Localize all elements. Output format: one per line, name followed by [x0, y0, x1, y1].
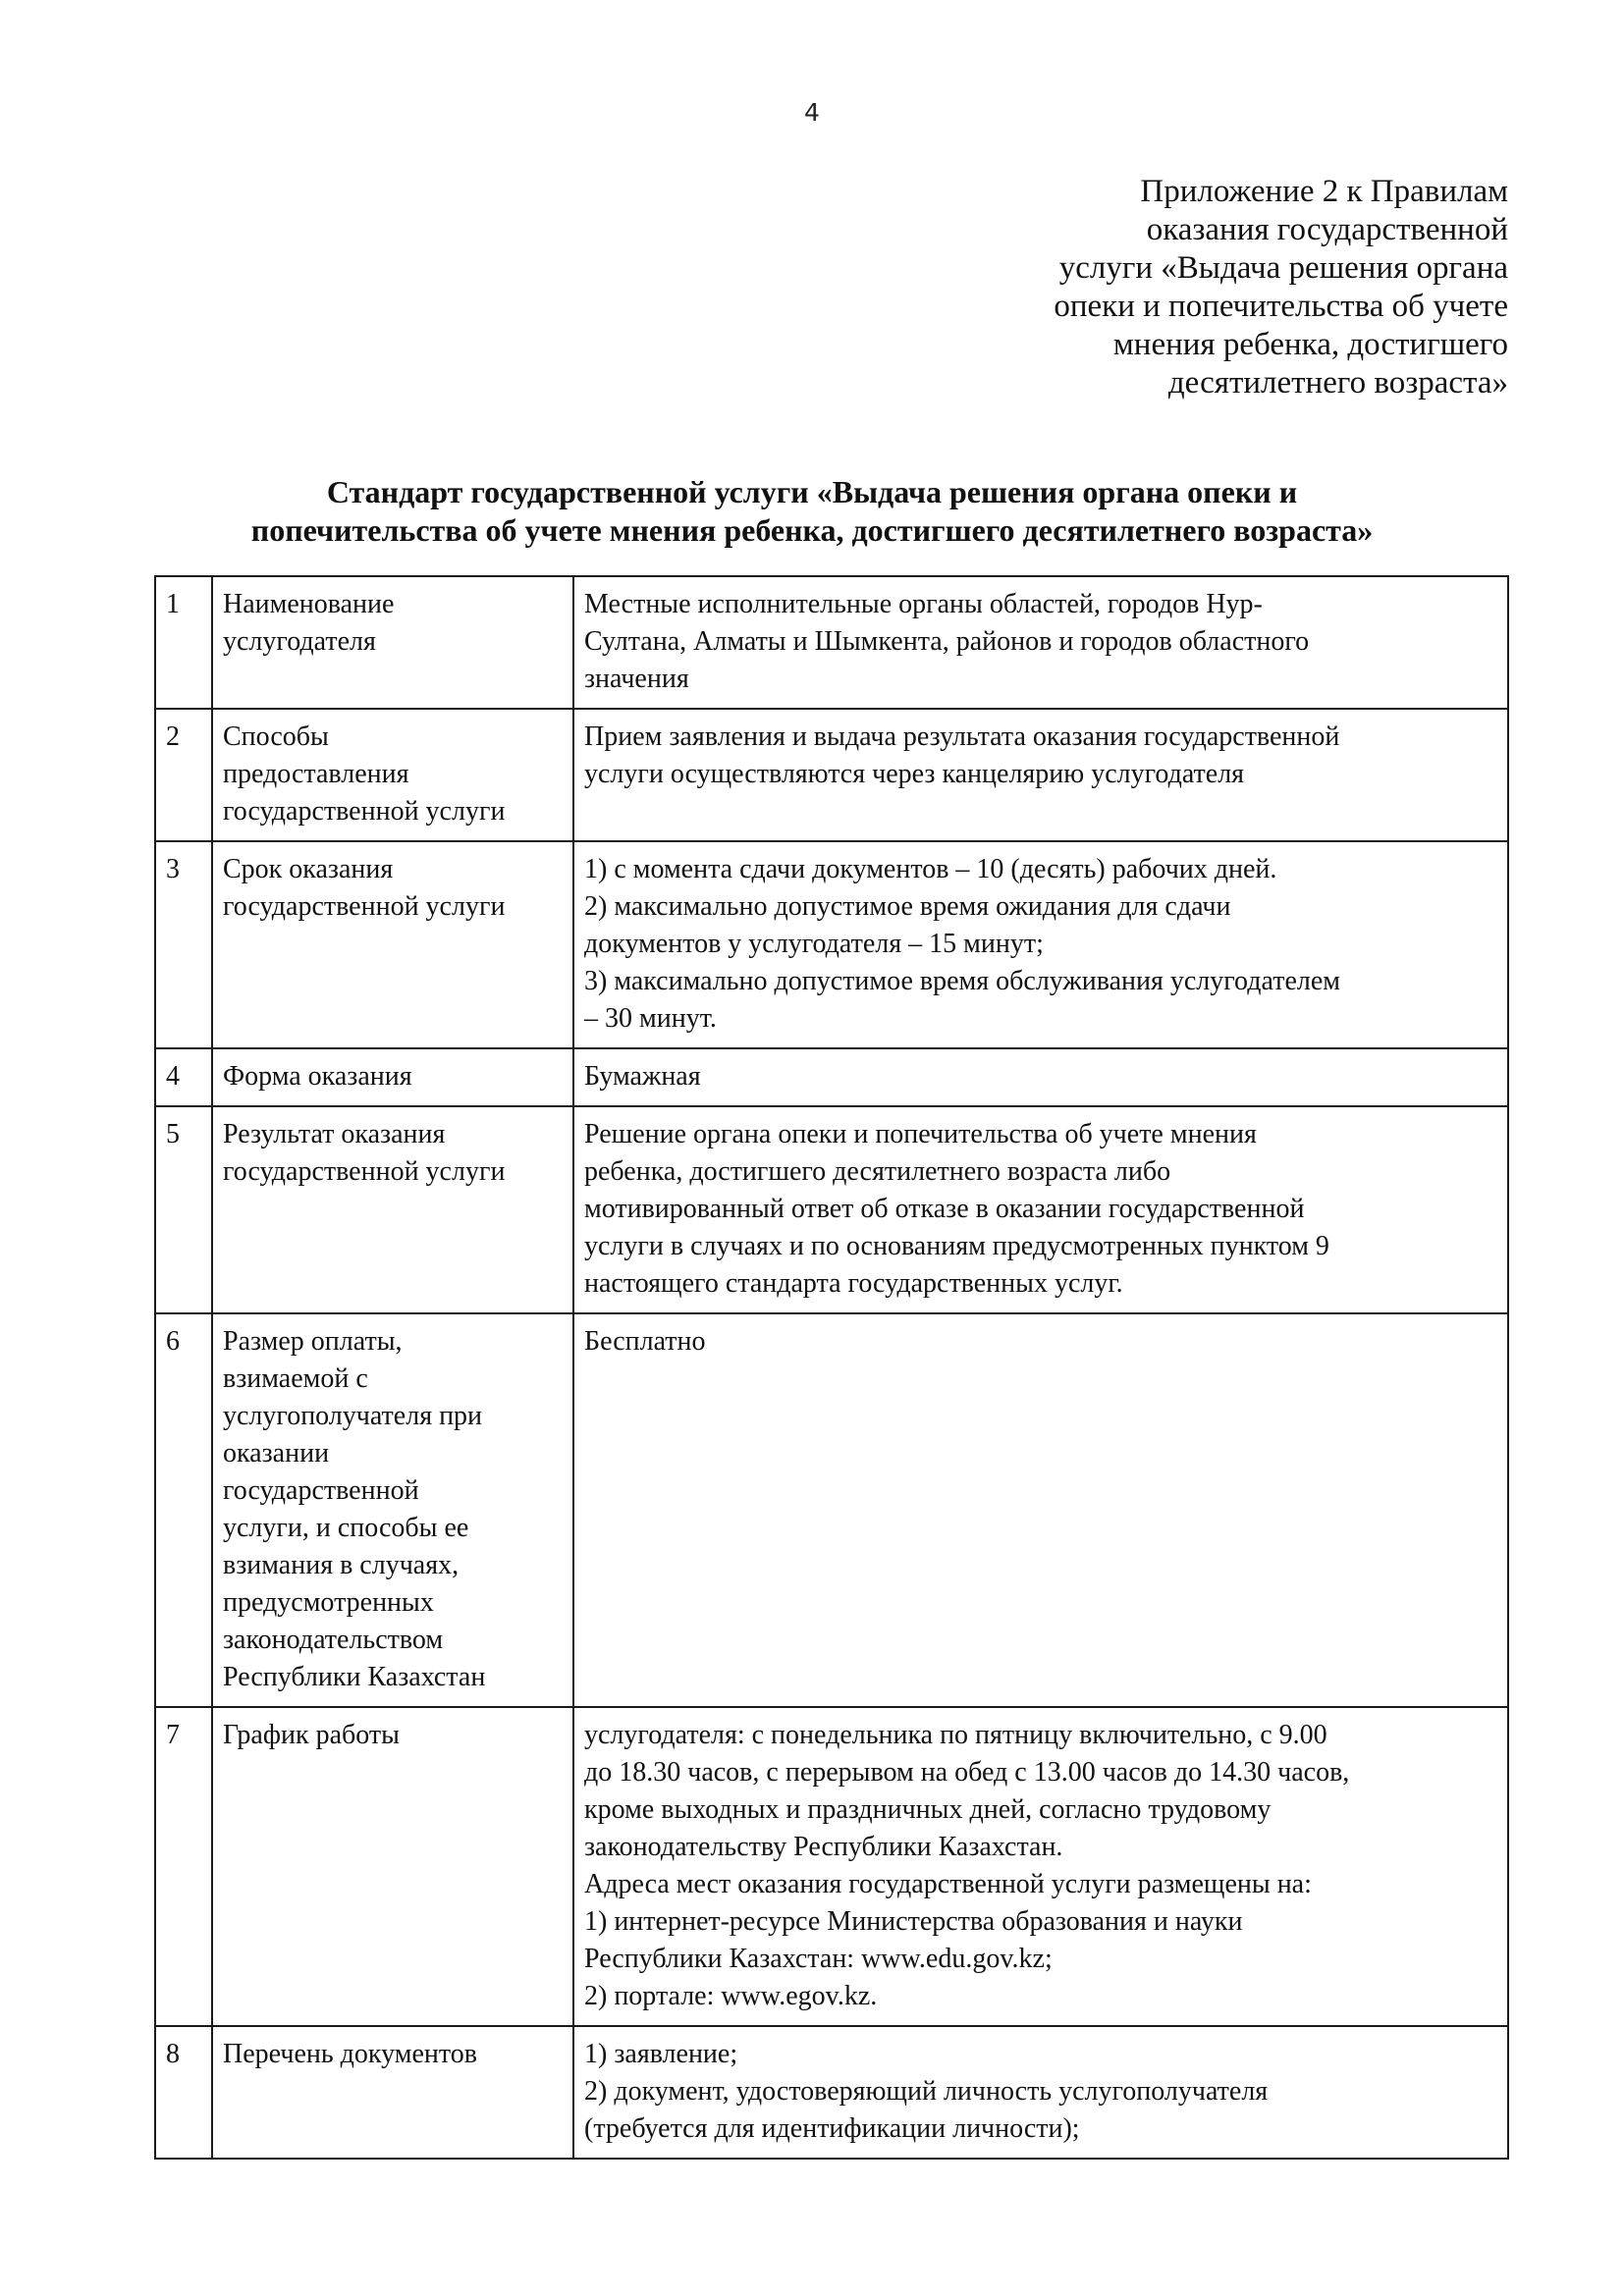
value-line: 1) с момента сдачи документов – 10 (деся… [584, 851, 1497, 888]
value-line: документов у услугодателя – 15 минут; [584, 926, 1497, 963]
label-line: График работы [223, 1717, 563, 1754]
label-line: взимания в случаях, [223, 1547, 563, 1584]
label-line: взимаемой с [223, 1361, 563, 1398]
row-value: Решение органа опеки и попечительства об… [573, 1106, 1508, 1313]
label-line: услуги, и способы ее [223, 1510, 563, 1547]
row-number: 7 [155, 1707, 212, 2026]
document-title: Стандарт государственной услуги «Выдача … [118, 473, 1506, 550]
value-line: 1) интернет-ресурсе Министерства образов… [584, 1903, 1497, 1941]
row-label: Способыпредоставлениягосударственной усл… [212, 709, 573, 841]
appendix-line: мнения ребенка, достигшего [958, 326, 1508, 364]
value-line: 2) портале: www.egov.kz. [584, 1978, 1497, 2015]
value-line: Республики Казахстан: www.edu.gov.kz; [584, 1941, 1497, 1978]
value-line: значения [584, 661, 1497, 698]
table-row: 6Размер оплаты,взимаемой суслугополучате… [155, 1313, 1508, 1707]
table-row: 2Способыпредоставлениягосударственной ус… [155, 709, 1508, 841]
value-line: Султана, Алматы и Шымкента, районов и го… [584, 623, 1497, 661]
value-line: настоящего стандарта государственных усл… [584, 1265, 1497, 1303]
label-line: услугодателя [223, 623, 563, 661]
value-line: Местные исполнительные органы областей, … [584, 586, 1497, 623]
row-number: 3 [155, 841, 212, 1048]
label-line: Наименование [223, 586, 563, 623]
value-line: мотивированный ответ об отказе в оказани… [584, 1191, 1497, 1228]
row-label: Размер оплаты,взимаемой суслугополучател… [212, 1313, 573, 1707]
label-line: услугополучателя при [223, 1398, 563, 1435]
row-label: Наименованиеуслугодателя [212, 576, 573, 709]
label-line: предусмотренных [223, 1584, 563, 1622]
value-line: Решение органа опеки и попечительства об… [584, 1116, 1497, 1153]
value-line: 3) максимально допустимое время обслужив… [584, 963, 1497, 1000]
appendix-line: услуги «Выдача решения органа [958, 249, 1508, 288]
label-line: Срок оказания [223, 851, 563, 888]
table-row: 7График работыуслугодателя: с понедельни… [155, 1707, 1508, 2026]
title-line: попечительства об учете мнения ребенка, … [118, 511, 1506, 550]
row-label: Форма оказания [212, 1048, 573, 1106]
row-label: Перечень документов [212, 2026, 573, 2159]
row-number: 6 [155, 1313, 212, 1707]
row-number: 8 [155, 2026, 212, 2159]
table-row: 1НаименованиеуслугодателяМестные исполни… [155, 576, 1508, 709]
value-line: кроме выходных и праздничных дней, согла… [584, 1791, 1497, 1829]
value-line: ребенка, достигшего десятилетнего возрас… [584, 1153, 1497, 1191]
appendix-line: Приложение 2 к Правилам [958, 173, 1508, 211]
value-line: Бесплатно [584, 1323, 1497, 1361]
table-row: 5Результат оказаниягосударственной услуг… [155, 1106, 1508, 1313]
table-row: 4Форма оказанияБумажная [155, 1048, 1508, 1106]
label-line: Республики Казахстан [223, 1659, 563, 1696]
label-line: государственной услуги [223, 793, 563, 830]
row-value: услугодателя: с понедельника по пятницу … [573, 1707, 1508, 2026]
value-line: Бумажная [584, 1058, 1497, 1095]
value-line: 2) документ, удостоверяющий личность усл… [584, 2073, 1497, 2110]
row-value: Местные исполнительные органы областей, … [573, 576, 1508, 709]
value-line: услуги осуществляются через канцелярию у… [584, 756, 1497, 793]
value-line: услугодателя: с понедельника по пятницу … [584, 1717, 1497, 1754]
appendix-line: опеки и попечительства об учете [958, 288, 1508, 326]
page-number: 4 [0, 98, 1624, 127]
label-line: Способы [223, 719, 563, 756]
label-line: Форма оказания [223, 1058, 563, 1095]
label-line: государственной [223, 1472, 563, 1510]
row-number: 4 [155, 1048, 212, 1106]
value-line: 1) заявление; [584, 2036, 1497, 2073]
value-line: Прием заявления и выдача результата оказ… [584, 719, 1497, 756]
table-row: 3Срок оказаниягосударственной услуги1) с… [155, 841, 1508, 1048]
row-label: График работы [212, 1707, 573, 2026]
label-line: оказании [223, 1435, 563, 1472]
appendix-line: десятилетнего возраста» [958, 364, 1508, 402]
label-line: Перечень документов [223, 2036, 563, 2073]
value-line: Адреса мест оказания государственной усл… [584, 1866, 1497, 1903]
row-value: 1) заявление;2) документ, удостоверяющий… [573, 2026, 1508, 2159]
row-value: Бесплатно [573, 1313, 1508, 1707]
value-line: 2) максимально допустимое время ожидания… [584, 888, 1497, 926]
title-line: Стандарт государственной услуги «Выдача … [118, 473, 1506, 511]
appendix-reference: Приложение 2 к Правилам оказания государ… [958, 173, 1508, 402]
label-line: Размер оплаты, [223, 1323, 563, 1361]
service-standard-table: 1НаименованиеуслугодателяМестные исполни… [154, 575, 1509, 2160]
label-line: Результат оказания [223, 1116, 563, 1153]
row-number: 1 [155, 576, 212, 709]
label-line: государственной услуги [223, 1153, 563, 1191]
label-line: предоставления [223, 756, 563, 793]
label-line: государственной услуги [223, 888, 563, 926]
row-number: 2 [155, 709, 212, 841]
value-line: (требуется для идентификации личности); [584, 2110, 1497, 2148]
row-label: Срок оказаниягосударственной услуги [212, 841, 573, 1048]
value-line: услуги в случаях и по основаниям предусм… [584, 1228, 1497, 1265]
row-label: Результат оказаниягосударственной услуги [212, 1106, 573, 1313]
value-line: законодательству Республики Казахстан. [584, 1829, 1497, 1866]
appendix-line: оказания государственной [958, 211, 1508, 249]
row-number: 5 [155, 1106, 212, 1313]
table-row: 8Перечень документов1) заявление;2) доку… [155, 2026, 1508, 2159]
row-value: Прием заявления и выдача результата оказ… [573, 709, 1508, 841]
label-line: законодательством [223, 1622, 563, 1659]
value-line: до 18.30 часов, с перерывом на обед с 13… [584, 1754, 1497, 1791]
row-value: Бумажная [573, 1048, 1508, 1106]
value-line: – 30 минут. [584, 1000, 1497, 1038]
row-value: 1) с момента сдачи документов – 10 (деся… [573, 841, 1508, 1048]
